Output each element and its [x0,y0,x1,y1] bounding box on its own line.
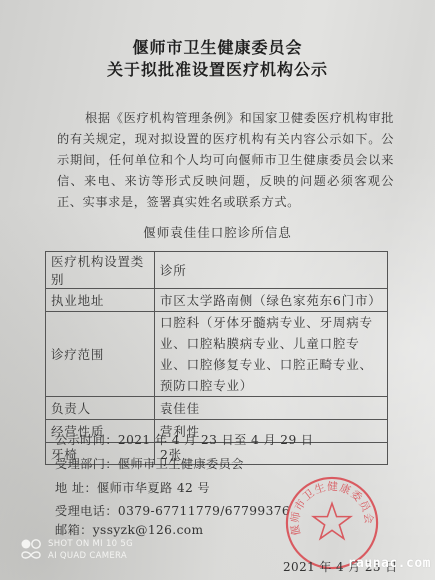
camera-logo-icon [20,538,42,562]
notice-paragraph: 根据《医疗机构管理条例》和国家卫健委医疗机构审批的有关规定，现对拟设置的医疗机构… [57,108,394,213]
row-value: 袁佳佳 [155,397,388,420]
table-row: 负责人 袁佳佳 [46,397,388,420]
row-label: 诊疗范围 [46,312,155,397]
row-value: 诊所 [155,252,388,289]
table-row: 医疗机构设置类别 诊所 [46,252,388,289]
clinic-info-heading: 偃师袁佳佳口腔诊所信息 [0,223,435,241]
camera-watermark-line2: AI QUAD CAMERA [48,550,133,562]
camera-watermark-line1: SHOT ON MI 10 5G [48,538,133,550]
row-label: 负责人 [46,397,155,420]
publicity-period: 公示时间：2021 年 4 月 23 日至 4 月 29 日 [55,431,313,448]
row-label: 医疗机构设置类别 [46,252,155,289]
row-label: 执业地址 [46,289,155,312]
contact-phone: 受理电话：0379-67711779/67799376 [55,502,290,519]
document-title-line1: 偃师市卫生健康委员会 [0,35,435,58]
department-address: 地 址：偃师市华夏路 42 号 [55,479,210,496]
table-row: 执业地址 市区太学路南侧（绿色家苑东6门市） [46,289,388,312]
document-title-line2: 关于拟批准设置医疗机构公示 [0,57,435,80]
table-row: 诊疗范围 口腔科（牙体牙髓病专业、牙周病专业、口腔粘膜病专业、儿童口腔专业、口腔… [46,312,388,397]
camera-watermark: SHOT ON MI 10 5G AI QUAD CAMERA [20,538,133,562]
contact-email: 邮箱：yssyzk@126.com [55,521,204,538]
site-watermark: raunac.com [348,556,431,571]
accepting-department: 受理部门：偃师市卫生健康委员会 [55,455,244,472]
row-value: 口腔科（牙体牙髓病专业、牙周病专业、口腔粘膜病专业、儿童口腔专业、口腔修复专业、… [155,312,388,397]
row-value: 市区太学路南侧（绿色家苑东6门市） [155,289,388,312]
seal-star-icon [313,503,350,538]
